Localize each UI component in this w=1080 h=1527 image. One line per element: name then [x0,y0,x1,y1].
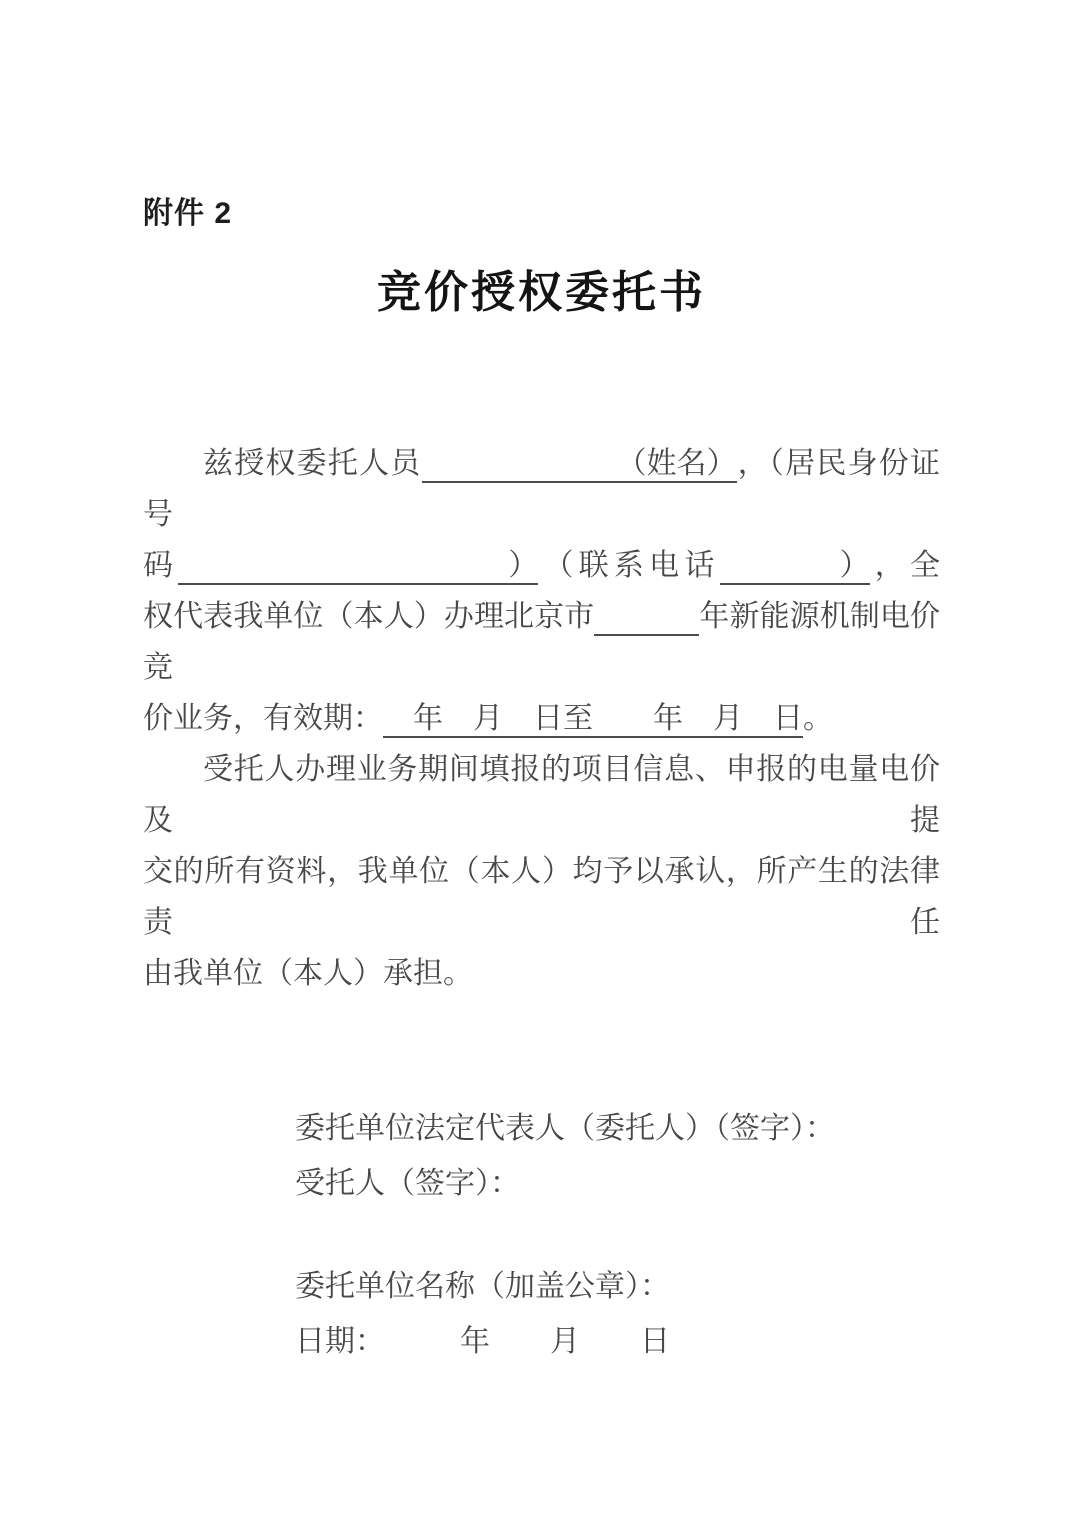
blank-end-paren: ） [840,548,870,583]
phone-blank-field: ） [720,549,870,585]
paragraph2-line1: 受托人办理业务期间填报的项目信息、申报的电量电价及提 [143,744,940,846]
validity-period-blank-field: 年 月 日至 年 月 日 [383,702,803,738]
attachment-label: 附件 2 [143,188,940,232]
blank-end-paren: ） [508,548,538,583]
paragraph1-line4: 价业务，有效期： 年 月 日至 年 月 日。 [143,693,940,744]
signature-line-date: 日期： 年 月 日 [295,1314,940,1369]
paragraph2-line3: 由我单位（本人）承担。 [143,948,940,999]
document-page: 附件 2 竞价授权委托书 兹授权委托人员（姓名），（居民身份证号 码）（联系电话… [0,0,1080,1527]
paragraph1-line2: 码）（联系电话），全 [143,540,940,591]
document-title: 竞价授权委托书 [143,256,940,320]
paragraph2-line2: 交的所有资料，我单位（本人）均予以承认，所产生的法律责任 [143,846,940,948]
blank-hint-dates: 年 月 日至 年 月 日 [383,701,803,736]
text-run: 兹授权委托人员 [203,446,422,481]
document-body: 兹授权委托人员（姓名），（居民身份证号 码）（联系电话），全 权代表我单位（本人… [143,438,940,1369]
blank-hint-name: （姓名） [617,446,737,481]
text-run: 价业务，有效期： [143,701,383,736]
text-run: 。 [803,701,833,736]
text-run: （联系电话 [538,548,719,583]
signature-line-trustee: 受托人（签字）： [295,1156,940,1211]
paragraph1-line1: 兹授权委托人员（姓名），（居民身份证号 [143,438,940,540]
year-blank-field [594,600,699,636]
signature-block: 委托单位法定代表人（委托人）（签字）： 受托人（签字）： 委托单位名称（加盖公章… [295,1101,940,1369]
paragraph1-line3: 权代表我单位（本人）办理北京市 年新能源机制电价竞 [143,591,940,693]
signature-line-legal-representative: 委托单位法定代表人（委托人）（签字）： [295,1101,940,1156]
text-run: 权代表我单位（本人）办理北京市 [143,599,594,634]
text-run: ，全 [870,548,940,583]
document-content: 附件 2 竞价授权委托书 兹授权委托人员（姓名），（居民身份证号 码）（联系电话… [143,188,940,1369]
signature-line-company-name: 委托单位名称（加盖公章）： [295,1259,940,1314]
text-run: 码 [143,548,178,583]
id-number-blank-field: ） [178,549,538,585]
name-blank-field: （姓名） [422,447,737,483]
